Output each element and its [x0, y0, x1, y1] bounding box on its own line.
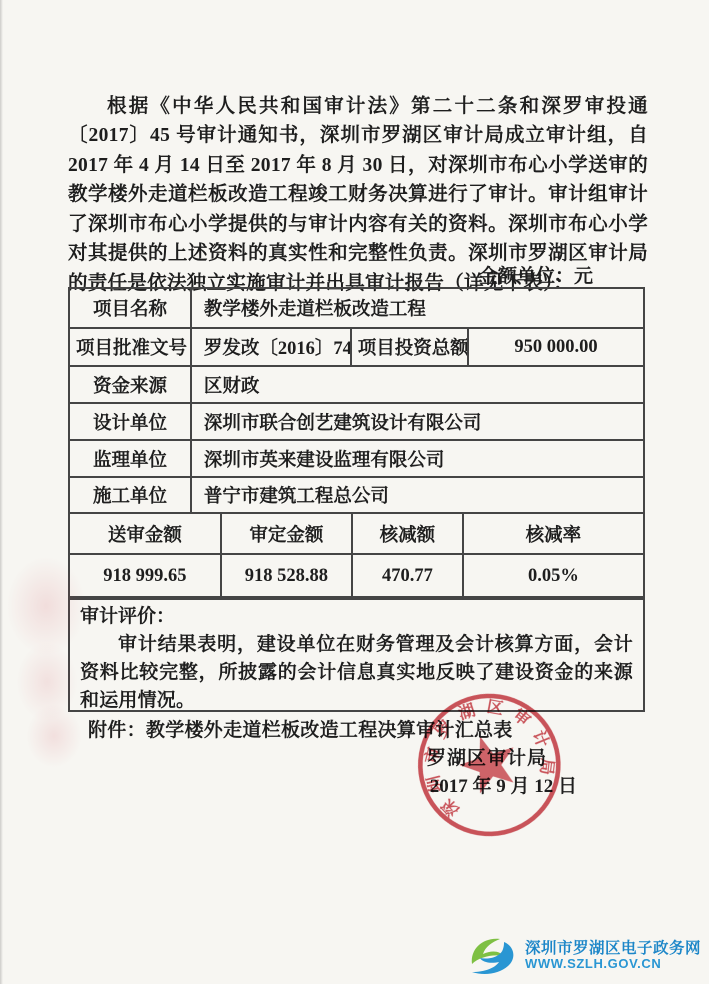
submitted-amount-header: 送审金额 [69, 513, 221, 554]
project-info-table: 项目名称 教学楼外走道栏板改造工程 项目批准文号 罗发改〔2016〕74 号 项… [68, 287, 645, 514]
reduction-amount-header: 核减额 [352, 513, 463, 554]
table-row: 资金来源 区财政 [69, 366, 644, 403]
construction-unit-label: 施工单位 [69, 477, 191, 513]
approval-no-value: 罗发改〔2016〕74 号 [191, 328, 351, 366]
reduction-amount-value: 470.77 [352, 554, 463, 599]
total-investment-label: 项目投资总额 [351, 328, 468, 366]
supervision-unit-value: 深圳市英来建设监理有限公司 [191, 440, 644, 477]
audit-amounts-table: 送审金额 审定金额 核减额 核减率 918 999.65 918 528.88 … [68, 512, 645, 600]
construction-unit-value: 普宁市建筑工程总公司 [191, 477, 644, 513]
funding-source-label: 资金来源 [69, 366, 191, 403]
audit-review-box: 审计评价： 审计结果表明，建设单位在财务管理及会计核算方面，会计资料比较完整，所… [68, 596, 645, 712]
reduction-rate-value: 0.05% [463, 554, 644, 599]
table-row: 项目名称 教学楼外走道栏板改造工程 [69, 288, 644, 328]
total-investment-value: 950 000.00 [468, 328, 644, 366]
egov-footer-brand: 深圳市罗湖区电子政务网 WWW.SZLH.GOV.CN [466, 934, 701, 978]
amount-unit-label: 金额单位：元 [68, 261, 645, 288]
approved-amount-value: 918 528.88 [221, 554, 352, 599]
table-header-row: 送审金额 审定金额 核减额 核减率 [69, 513, 644, 554]
table-row: 设计单位 深圳市联合创艺建筑设计有限公司 [69, 403, 644, 440]
funding-source-value: 区财政 [191, 366, 644, 403]
stamp-bleed-mark [26, 704, 82, 768]
design-unit-value: 深圳市联合创艺建筑设计有限公司 [191, 403, 644, 440]
audit-report-page: 根据《中华人民共和国审计法》第二十二条和深罗审投通〔2017〕45 号审计通知书… [0, 0, 709, 984]
design-unit-label: 设计单位 [69, 403, 191, 440]
approval-no-label: 项目批准文号 [69, 328, 191, 366]
table-row: 施工单位 普宁市建筑工程总公司 [69, 477, 644, 513]
egov-logo-icon [466, 934, 518, 978]
reduction-rate-header: 核减率 [463, 513, 644, 554]
table-value-row: 918 999.65 918 528.88 470.77 0.05% [69, 554, 644, 599]
review-label: 审计评价： [80, 603, 633, 631]
egov-site-url: WWW.SZLH.GOV.CN [525, 957, 701, 972]
scan-edge-artifact [0, 0, 3, 984]
submitted-amount-value: 918 999.65 [69, 554, 221, 599]
star-icon [453, 728, 524, 797]
supervision-unit-label: 监理单位 [69, 440, 191, 477]
table-row: 项目批准文号 罗发改〔2016〕74 号 项目投资总额 950 000.00 [69, 328, 644, 366]
project-name-value: 教学楼外走道栏板改造工程 [191, 288, 644, 328]
table-row: 监理单位 深圳市英来建设监理有限公司 [69, 440, 644, 477]
approved-amount-header: 审定金额 [221, 513, 352, 554]
egov-site-name: 深圳市罗湖区电子政务网 [525, 940, 701, 957]
project-name-label: 项目名称 [69, 288, 191, 328]
